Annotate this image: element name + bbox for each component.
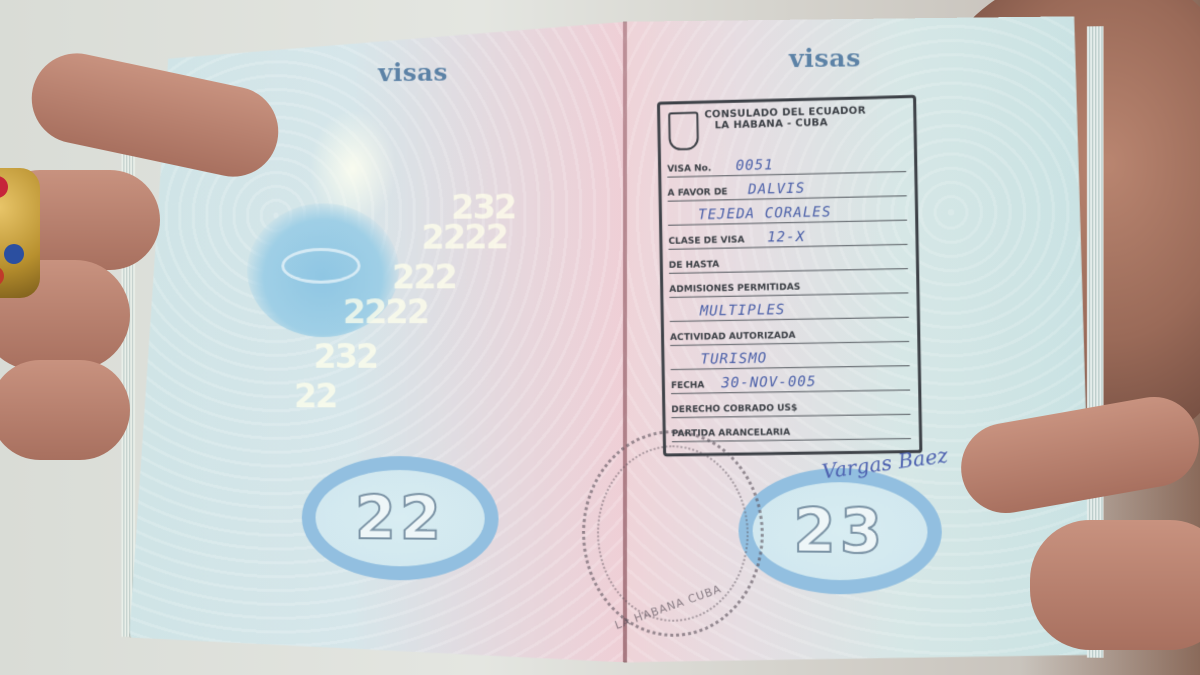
stamp-field-row: TURISMO [670, 345, 909, 370]
coat-of-arms-icon [668, 112, 699, 151]
page-number-right: 23 [793, 496, 886, 567]
page-number-left: 22 [355, 483, 445, 553]
jeweled-ring [0, 168, 40, 298]
stamp-field-handwritten-value: TURISMO [701, 350, 768, 367]
left-hand [0, 60, 300, 480]
stamp-field-handwritten-value: 12-X [767, 229, 805, 246]
watermark-digits: 232 [314, 342, 378, 372]
left-page-header: visas [378, 58, 448, 88]
stamp-field-label: VISA No. [667, 164, 711, 175]
stamp-field-row: FECHA30-NOV-005 [671, 369, 910, 394]
stamp-field-row: DERECHO COBRADO US$ [671, 394, 910, 419]
watermark-digits: 2222 [421, 222, 507, 252]
stamp-field-handwritten-value: DALVIS [748, 180, 806, 197]
finger [0, 360, 130, 460]
stamp-field-label: ADMISIONES PERMITIDAS [669, 282, 800, 295]
stamp-field-label: A FAVOR DE [668, 187, 728, 198]
stamp-field-label: FECHA [671, 381, 705, 392]
stamp-field-row: MULTIPLES [669, 296, 908, 322]
stamp-field-row: CLASE DE VISA12-X [668, 224, 907, 250]
stamp-field-label: PARTIDA ARANCELARIA [672, 428, 791, 440]
stamp-field-handwritten-value: TEJEDA CORALES [698, 204, 832, 223]
watermark-digits: 2222 [343, 297, 428, 327]
stamp-header: CONSULADO DEL ECUADOR LA HABANA - CUBA [704, 105, 866, 131]
stamp-field-row: TEJEDA CORALES [668, 199, 907, 225]
stamp-field-label: DERECHO COBRADO US$ [671, 403, 797, 415]
stamp-field-row: ADMISIONES PERMITIDAS [669, 272, 908, 298]
page-number-badge-left: 22 [302, 456, 499, 581]
stamp-field-label: CLASE DE VISA [668, 235, 744, 247]
stamp-field-row: A FAVOR DEDALVIS [667, 175, 906, 202]
right-hand [960, 370, 1200, 670]
stamp-field-row: PARTIDA ARANCELARIA [672, 418, 911, 443]
stamp-field-row: VISA No.0051 [667, 151, 906, 178]
stamp-field-handwritten-value: 0051 [735, 157, 773, 174]
stamp-field-handwritten-value: 30-NOV-005 [721, 374, 817, 392]
stamp-field-handwritten-value: MULTIPLES [700, 302, 786, 320]
stamp-field-row: ACTIVIDAD AUTORIZADA [670, 321, 909, 346]
thumb [23, 45, 286, 185]
page-number-badge-right: 23 [739, 468, 942, 596]
stamp-field-label: ACTIVIDAD AUTORIZADA [670, 331, 796, 343]
watermark-digits: 222 [392, 262, 456, 292]
right-page-header: visas [789, 43, 861, 73]
stamp-field-label: DE HASTA [669, 260, 720, 271]
visa-stamp: CONSULADO DEL ECUADOR LA HABANA - CUBA V… [657, 95, 922, 457]
watermark-digits: 22 [294, 382, 336, 412]
photo-scene: visas visas 232 2222 222 2222 232 22 22 … [0, 0, 1200, 675]
thumb [954, 390, 1200, 520]
stamp-field-row: DE HASTA [669, 248, 908, 274]
finger [1030, 520, 1200, 650]
